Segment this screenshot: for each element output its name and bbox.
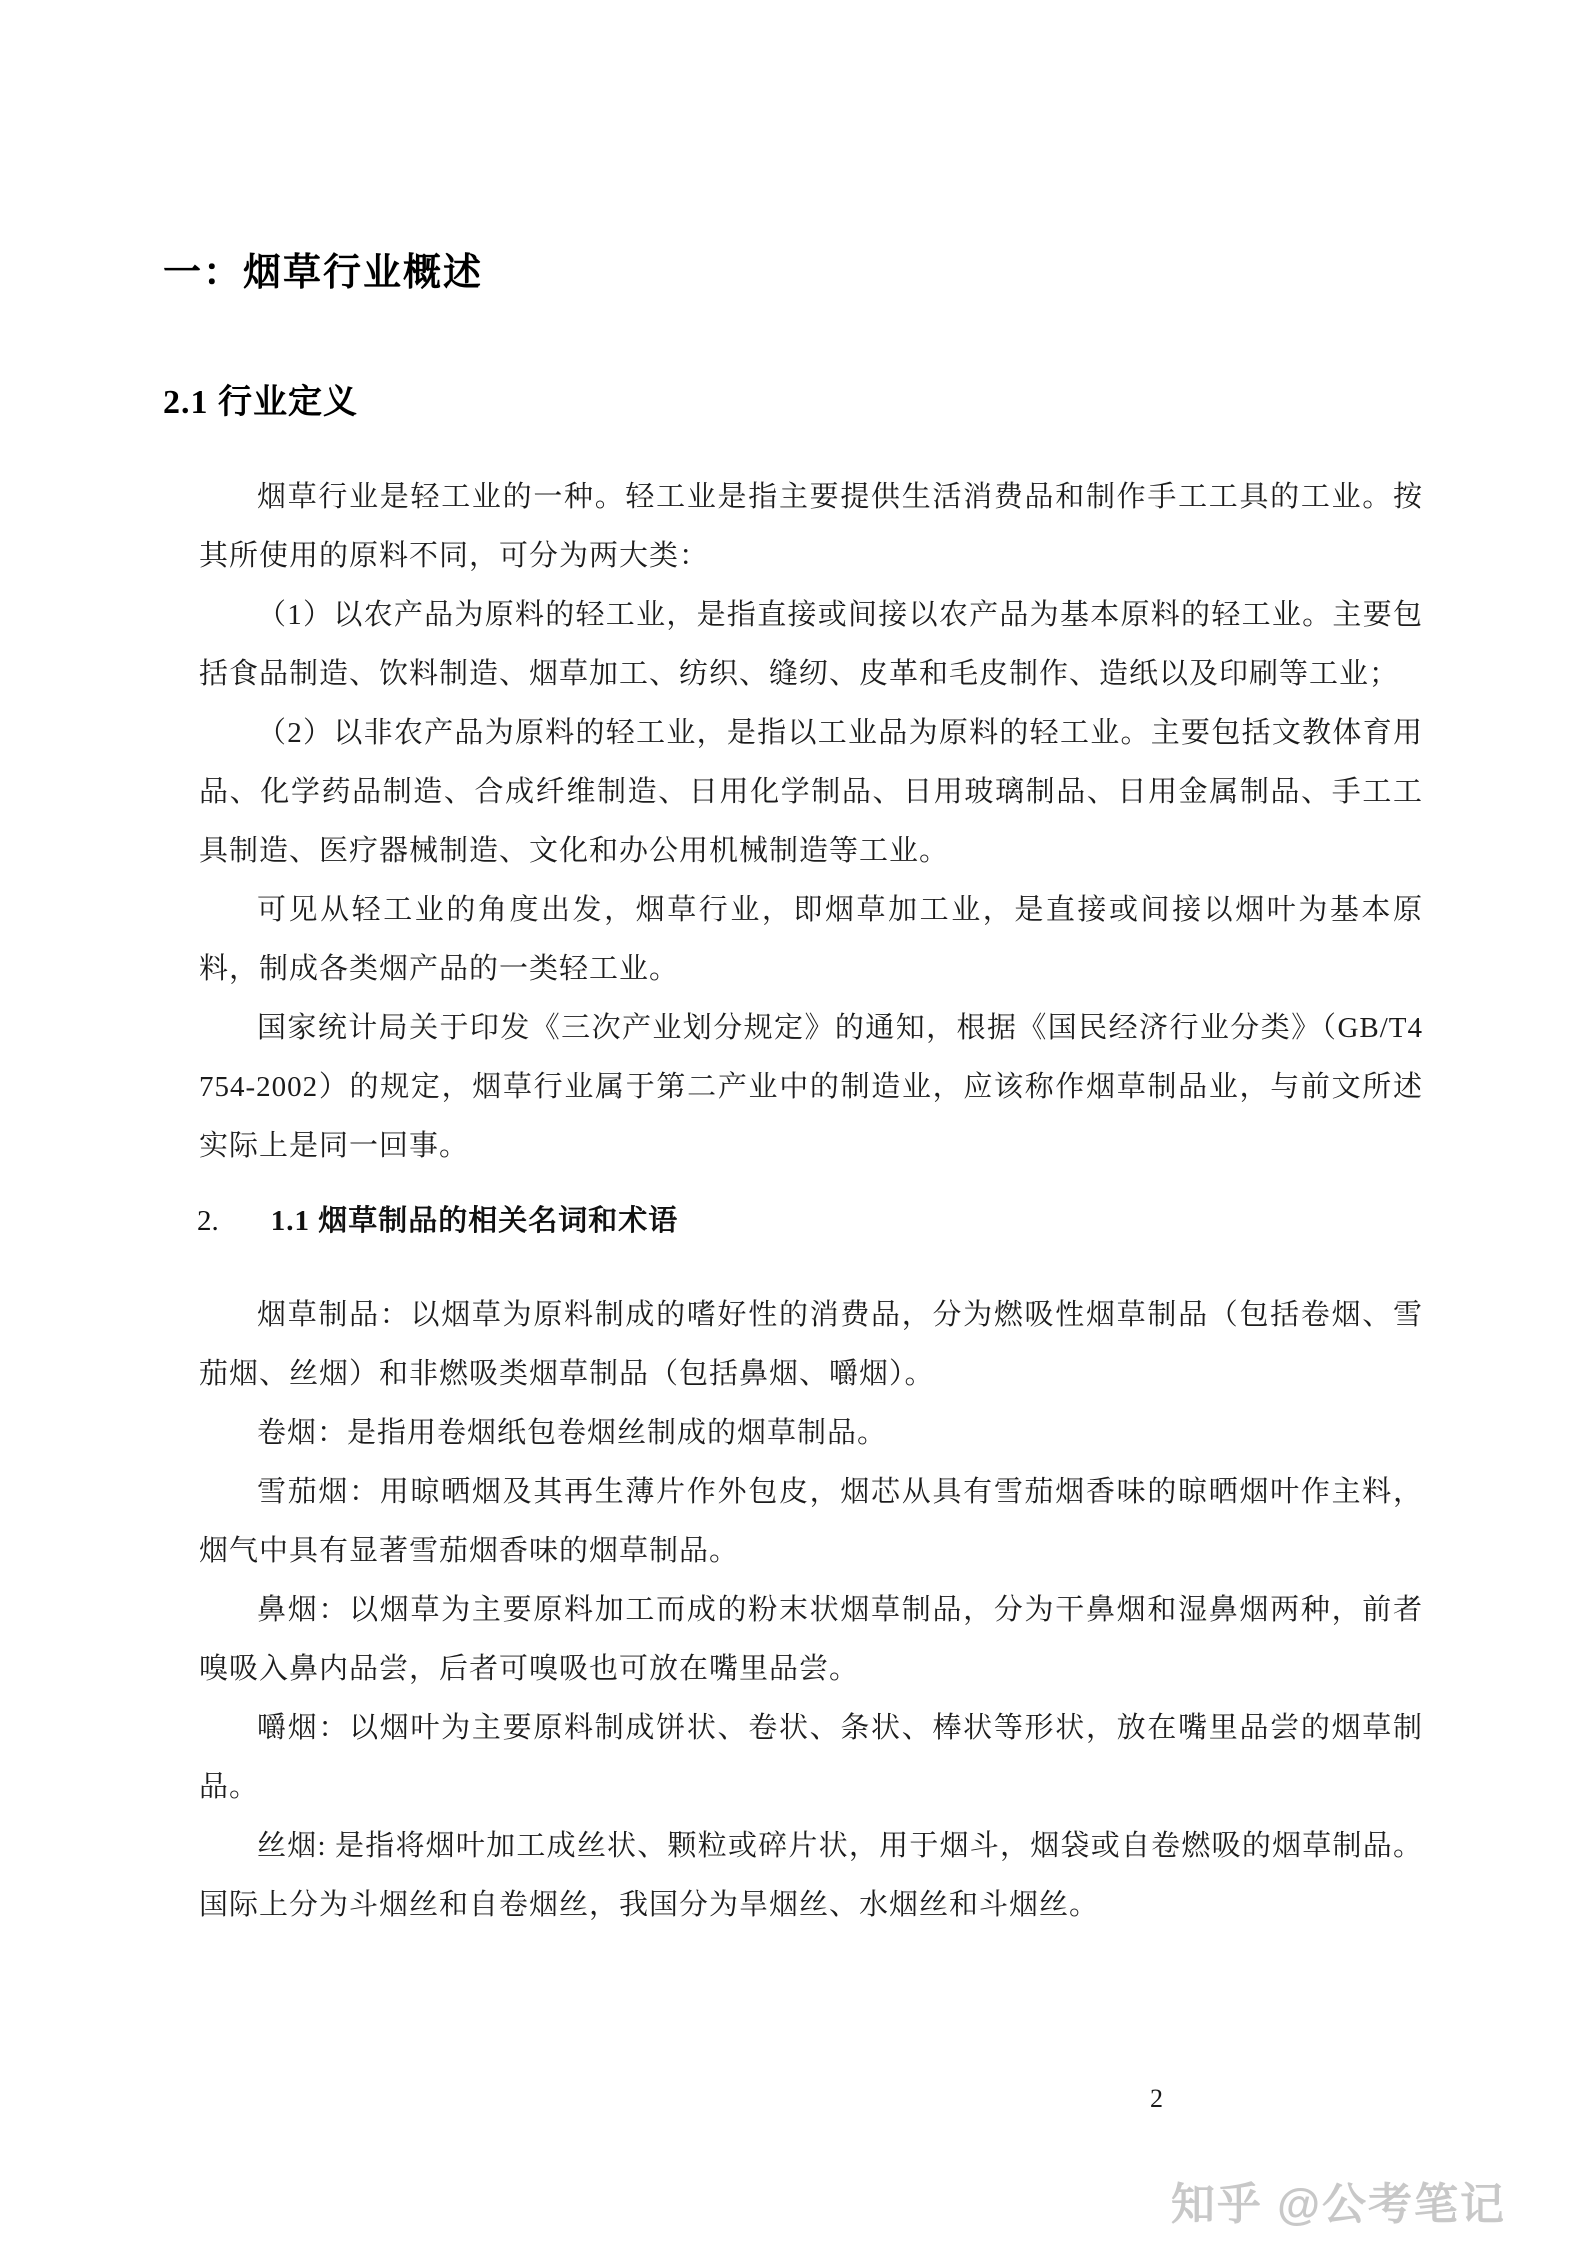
paragraph-agricultural-light-industry: （1）以农产品为原料的轻工业，是指直接或间接以农产品为基本原料的轻工业。主要包括…	[199, 586, 1423, 704]
paragraph-shredded-tobacco: 丝烟: 是指将烟叶加工成丝状、颗粒或碎片状，用于烟斗，烟袋或自卷燃吸的烟草制品。…	[199, 1817, 1423, 1935]
body-text: 烟草行业是轻工业的一种。轻工业是指主要提供生活消费品和制作手工工具的工业。按其所…	[163, 468, 1423, 1176]
paragraph-industry-definition: 烟草行业是轻工业的一种。轻工业是指主要提供生活消费品和制作手工工具的工业。按其所…	[199, 468, 1423, 586]
paragraph-cigar: 雪茄烟：用晾晒烟及其再生薄片作外包皮，烟芯从具有雪茄烟香味的晾晒烟叶作主料，烟气…	[199, 1463, 1423, 1581]
section-heading: 2.1 行业定义	[163, 382, 1423, 424]
paragraph-non-agricultural-light-industry: （2）以非农产品为原料的轻工业，是指以工业品为原料的轻工业。主要包括文教体育用品…	[199, 704, 1423, 881]
paragraph-national-statistics: 国家统计局关于印发《三次产业划分规定》的通知，根据《国民经济行业分类》（GB/T…	[199, 999, 1423, 1176]
paragraph-chewing-tobacco: 嚼烟：以烟叶为主要原料制成饼状、卷状、条状、棒状等形状，放在嘴里品尝的烟草制品。	[199, 1699, 1423, 1817]
subsection-number: 2.	[197, 1202, 219, 1240]
page-content: 一：烟草行业概述 2.1 行业定义 烟草行业是轻工业的一种。轻工业是指主要提供生…	[0, 0, 1586, 1935]
document-page: 一：烟草行业概述 2.1 行业定义 烟草行业是轻工业的一种。轻工业是指主要提供生…	[0, 0, 1586, 2245]
paragraph-cigarette: 卷烟：是指用卷烟纸包卷烟丝制成的烟草制品。	[199, 1404, 1423, 1463]
terms-text: 烟草制品：以烟草为原料制成的嗜好性的消费品，分为燃吸性烟草制品（包括卷烟、雪茄烟…	[163, 1286, 1423, 1935]
page-number: 2	[1150, 2084, 1163, 2114]
zhihu-watermark: 知乎 @公考笔记	[1171, 2168, 1506, 2232]
paragraph-tobacco-products: 烟草制品：以烟草为原料制成的嗜好性的消费品，分为燃吸性烟草制品（包括卷烟、雪茄烟…	[199, 1286, 1423, 1404]
paragraph-snuff: 鼻烟：以烟草为主要原料加工而成的粉末状烟草制品，分为干鼻烟和湿鼻烟两种，前者嗅吸…	[199, 1581, 1423, 1699]
document-title: 一：烟草行业概述	[163, 250, 1423, 296]
subsection-heading: 2.1.1 烟草制品的相关名词和术语	[163, 1202, 1423, 1240]
paragraph-conclusion-light-industry: 可见从轻工业的角度出发，烟草行业，即烟草加工业，是直接或间接以烟叶为基本原料，制…	[199, 881, 1423, 999]
subsection-title: 1.1 烟草制品的相关名词和术语	[271, 1205, 679, 1237]
